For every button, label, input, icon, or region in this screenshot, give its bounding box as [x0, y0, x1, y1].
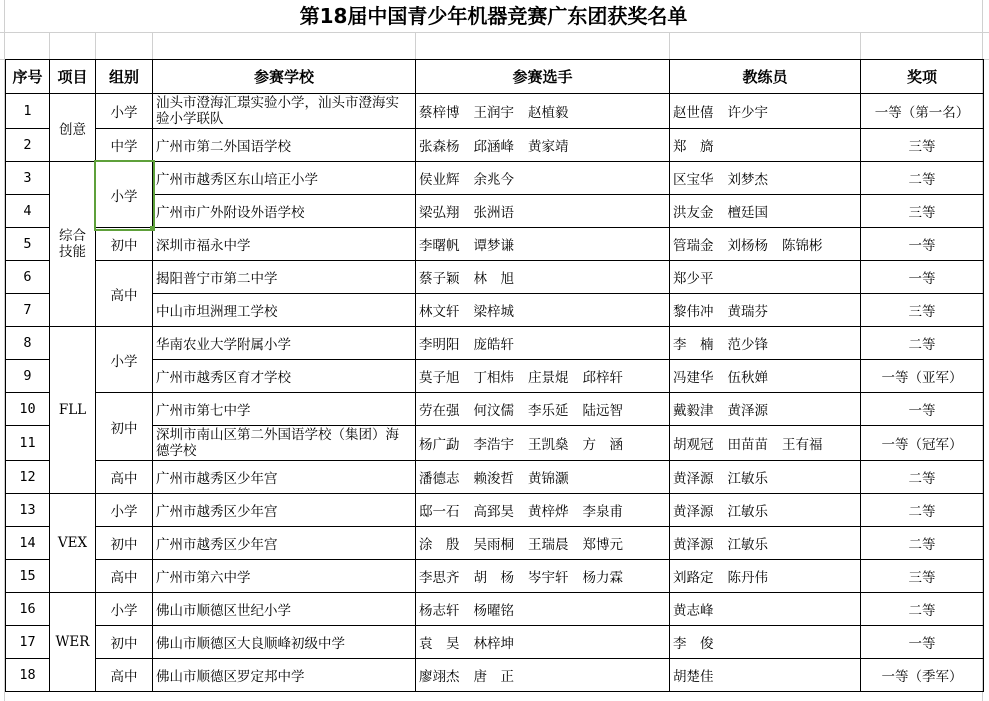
coach-name: 李 楠 [673, 333, 714, 353]
cell-project[interactable]: 综合技能 [50, 162, 96, 327]
coach-name: 陈丹伟 [728, 566, 769, 586]
cell-coaches[interactable]: 黎伟冲黄瑞芬 [670, 294, 861, 327]
cell-players[interactable]: 李明阳庞皓轩 [416, 327, 670, 360]
cell-group[interactable]: 小学 [96, 593, 153, 626]
coach-name: 赵世僖 [673, 101, 714, 121]
cell-players[interactable]: 李思齐胡 杨岑宇轩杨力霖 [416, 560, 670, 593]
player-name: 李曙帆 [419, 234, 460, 254]
cell-award[interactable]: 一等 [861, 261, 984, 294]
cell-players[interactable]: 邸一石高郅昊黄梓烨李泉甫 [416, 494, 670, 527]
player-name: 黄梓烨 [528, 500, 569, 520]
player-name: 劳在强 [419, 399, 460, 419]
player-name: 杨力霖 [583, 566, 624, 586]
coach-name: 区宝华 [673, 168, 714, 188]
cell-school[interactable]: 深圳市福永中学 [153, 228, 416, 261]
player-name: 谭梦谦 [474, 234, 515, 254]
table-row: 11深圳市南山区第二外国语学校（集团）海德学校杨广勐李浩宇王凯燊方 涵胡观冠田苗… [6, 426, 984, 461]
gridline [669, 32, 670, 59]
cell-players[interactable]: 蔡梓博王润宇赵植毅 [416, 94, 670, 129]
player-name: 邸一石 [419, 500, 460, 520]
player-name: 庄景焜 [528, 366, 569, 386]
player-name: 赵植毅 [528, 101, 569, 121]
coach-name: 黄泽源 [673, 467, 714, 487]
player-name: 李泉甫 [583, 500, 624, 520]
cell-no[interactable]: 10 [6, 393, 50, 426]
player-name: 王润宇 [474, 101, 515, 121]
player-name: 杨志轩 [419, 599, 460, 619]
coach-name: 江敏乐 [728, 467, 769, 487]
cell-group[interactable]: 初中 [96, 527, 153, 560]
cell-project[interactable]: 创意 [50, 94, 96, 162]
cell-award[interactable]: 二等 [861, 593, 984, 626]
header-no[interactable]: 序号 [6, 60, 50, 94]
gridline [152, 32, 153, 59]
table-row: 4广州市广外附设外语学校梁弘翔张洲语洪友金檀廷国三等 [6, 195, 984, 228]
cell-group[interactable]: 小学 [96, 494, 153, 527]
cell-award[interactable]: 三等 [861, 294, 984, 327]
cell-award[interactable]: 一等（冠军） [861, 426, 984, 461]
player-name: 涂 殷 [419, 533, 460, 553]
coach-name: 郑少平 [673, 267, 714, 287]
cell-no[interactable]: 9 [6, 360, 50, 393]
player-name: 蔡子颖 [419, 267, 460, 287]
header-players[interactable]: 参赛选手 [416, 60, 670, 94]
table-row: 6高中揭阳普宁市第二中学蔡子颖林 旭郑少平一等 [6, 261, 984, 294]
player-name: 邱梓轩 [583, 366, 624, 386]
player-name: 庞皓轩 [474, 333, 515, 353]
table-row: 2中学广州市第二外国语学校张森杨邱涵峰黄家靖郑 旖三等 [6, 129, 984, 162]
header-school[interactable]: 参赛学校 [153, 60, 416, 94]
cell-no[interactable]: 8 [6, 327, 50, 360]
cell-school[interactable]: 佛山市顺德区大良顺峰初级中学 [153, 626, 416, 659]
cell-group[interactable]: 高中 [96, 461, 153, 494]
cell-coaches[interactable]: 李 楠范少锋 [670, 327, 861, 360]
coach-name: 冯建华 [673, 366, 714, 386]
table-row: 10初中广州市第七中学劳在强何汶儒李乐延陆远智戴毅津黄泽源一等 [6, 393, 984, 426]
cell-coaches[interactable]: 郑 旖 [670, 129, 861, 162]
player-name: 郑博元 [583, 533, 624, 553]
player-name: 林文轩 [419, 300, 460, 320]
cell-no[interactable]: 14 [6, 527, 50, 560]
player-name: 赖浚哲 [474, 467, 515, 487]
cell-group[interactable]: 中学 [96, 129, 153, 162]
coach-name: 江敏乐 [728, 500, 769, 520]
cell-coaches[interactable]: 冯建华伍秋婵 [670, 360, 861, 393]
table-row: 5初中深圳市福永中学李曙帆谭梦谦管瑞金刘杨杨陈锦彬一等 [6, 228, 984, 261]
cell-school[interactable]: 佛山市顺德区罗定邦中学 [153, 659, 416, 692]
cell-group[interactable]: 初中 [96, 393, 153, 461]
player-name: 王凯燊 [528, 433, 569, 453]
cell-coaches[interactable]: 胡楚佳 [670, 659, 861, 692]
cell-players[interactable]: 涂 殷吴雨桐王瑞晨郑博元 [416, 527, 670, 560]
coach-name: 伍秋婵 [728, 366, 769, 386]
cell-no[interactable]: 6 [6, 261, 50, 294]
player-name: 杨广勐 [419, 433, 460, 453]
cell-players[interactable]: 张森杨邱涵峰黄家靖 [416, 129, 670, 162]
coach-name: 胡楚佳 [673, 665, 714, 685]
cell-no[interactable]: 4 [6, 195, 50, 228]
player-name: 方 涵 [583, 433, 624, 453]
table-row: 16WER小学佛山市顺德区世纪小学杨志轩杨曜铭黄志峰二等 [6, 593, 984, 626]
cell-project[interactable]: FLL [50, 327, 96, 494]
cell-award[interactable]: 一等 [861, 626, 984, 659]
cell-award[interactable]: 二等 [861, 494, 984, 527]
cell-award[interactable]: 二等 [861, 327, 984, 360]
cell-no[interactable]: 18 [6, 659, 50, 692]
header-group[interactable]: 组别 [96, 60, 153, 94]
coach-name: 刘杨杨 [728, 234, 769, 254]
cell-players[interactable]: 梁弘翔张洲语 [416, 195, 670, 228]
cell-award[interactable]: 一等 [861, 228, 984, 261]
coach-name: 黄瑞芬 [728, 300, 769, 320]
header-row: 序号 项目 组别 参赛学校 参赛选手 教练员 奖项 [6, 60, 984, 94]
cell-school[interactable]: 华南农业大学附属小学 [153, 327, 416, 360]
coach-name: 黄泽源 [728, 399, 769, 419]
cell-group[interactable]: 小学 [96, 327, 153, 393]
coach-name: 陈锦彬 [782, 234, 823, 254]
player-name: 廖翊杰 [419, 665, 460, 685]
table-row: 15高中广州市第六中学李思齐胡 杨岑宇轩杨力霖刘路定陈丹伟三等 [6, 560, 984, 593]
cell-coaches[interactable]: 黄泽源江敏乐 [670, 461, 861, 494]
player-name: 胡 杨 [474, 566, 515, 586]
cell-no[interactable]: 17 [6, 626, 50, 659]
coach-name: 郑 旖 [673, 135, 714, 155]
header-award[interactable]: 奖项 [861, 60, 984, 94]
cell-award[interactable]: 一等（亚军） [861, 360, 984, 393]
table-row: 3综合技能小学广州市越秀区东山培正小学侯业辉余兆今区宝华刘梦杰二等 [6, 162, 984, 195]
player-name: 李浩宇 [474, 433, 515, 453]
cell-coaches[interactable]: 洪友金檀廷国 [670, 195, 861, 228]
cell-group[interactable]: 高中 [96, 560, 153, 593]
cell-players[interactable]: 劳在强何汶儒李乐延陆远智 [416, 393, 670, 426]
cell-award[interactable]: 三等 [861, 195, 984, 228]
cell-school[interactable]: 深圳市南山区第二外国语学校（集团）海德学校 [153, 426, 416, 461]
player-name: 杨曜铭 [474, 599, 515, 619]
coach-name: 管瑞金 [673, 234, 714, 254]
cell-coaches[interactable]: 黄泽源江敏乐 [670, 527, 861, 560]
coach-name: 刘路定 [673, 566, 714, 586]
cell-award[interactable]: 三等 [861, 129, 984, 162]
cell-coaches[interactable]: 戴毅津黄泽源 [670, 393, 861, 426]
cell-no[interactable]: 3 [6, 162, 50, 195]
cell-no[interactable]: 15 [6, 560, 50, 593]
cell-players[interactable]: 潘德志赖浚哲黄锦灏 [416, 461, 670, 494]
player-name: 吴雨桐 [474, 533, 515, 553]
cell-group[interactable]: 小学 [96, 162, 153, 228]
coach-name: 黄泽源 [673, 533, 714, 553]
cell-no[interactable]: 2 [6, 129, 50, 162]
player-name: 林 旭 [474, 267, 515, 287]
gridline [860, 32, 861, 59]
cell-players[interactable]: 杨志轩杨曜铭 [416, 593, 670, 626]
cell-coaches[interactable]: 管瑞金刘杨杨陈锦彬 [670, 228, 861, 261]
player-name: 张森杨 [419, 135, 460, 155]
player-name: 梁弘翔 [419, 201, 460, 221]
cell-group[interactable]: 初中 [96, 228, 153, 261]
coach-name: 江敏乐 [728, 533, 769, 553]
coach-name: 王有福 [782, 433, 823, 453]
cell-award[interactable]: 一等（季军） [861, 659, 984, 692]
cell-players[interactable]: 杨广勐李浩宇王凯燊方 涵 [416, 426, 670, 461]
player-name: 林梓坤 [474, 632, 515, 652]
cell-no[interactable]: 16 [6, 593, 50, 626]
player-name: 李乐延 [528, 399, 569, 419]
cell-no[interactable]: 7 [6, 294, 50, 327]
page-title: 第18届中国青少年机器竞赛广东团获奖名单 [5, 0, 982, 32]
cell-no[interactable]: 11 [6, 426, 50, 461]
cell-coaches[interactable]: 区宝华刘梦杰 [670, 162, 861, 195]
player-name: 蔡梓博 [419, 101, 460, 121]
cell-group[interactable]: 高中 [96, 261, 153, 327]
cell-coaches[interactable]: 黄志峰 [670, 593, 861, 626]
cell-no[interactable]: 1 [6, 94, 50, 129]
cell-coaches[interactable]: 郑少平 [670, 261, 861, 294]
table-row: 14初中广州市越秀区少年宫涂 殷吴雨桐王瑞晨郑博元黄泽源江敏乐二等 [6, 527, 984, 560]
cell-no[interactable]: 5 [6, 228, 50, 261]
cell-players[interactable]: 莫子旭丁相炜庄景焜邱梓轩 [416, 360, 670, 393]
cell-school[interactable]: 广州市越秀区少年宫 [153, 527, 416, 560]
coach-name: 黄泽源 [673, 500, 714, 520]
cell-award[interactable]: 二等 [861, 527, 984, 560]
cell-school[interactable]: 佛山市顺德区世纪小学 [153, 593, 416, 626]
cell-project[interactable]: VEX [50, 494, 96, 593]
table-row: 7中山市坦洲理工学校林文轩梁梓城黎伟冲黄瑞芬三等 [6, 294, 984, 327]
coach-name: 许少宇 [728, 101, 769, 121]
table-row: 9广州市越秀区育才学校莫子旭丁相炜庄景焜邱梓轩冯建华伍秋婵一等（亚军） [6, 360, 984, 393]
cell-school[interactable]: 广州市越秀区少年宫 [153, 461, 416, 494]
cell-school[interactable]: 广州市越秀区东山培正小学 [153, 162, 416, 195]
table-row: 17初中佛山市顺德区大良顺峰初级中学袁 昊林梓坤李 俊一等 [6, 626, 984, 659]
coach-name: 田苗苗 [728, 433, 769, 453]
player-name: 余兆今 [474, 168, 515, 188]
cell-school[interactable]: 中山市坦洲理工学校 [153, 294, 416, 327]
cell-players[interactable]: 侯业辉余兆今 [416, 162, 670, 195]
player-name: 唐 正 [474, 665, 515, 685]
cell-school[interactable]: 广州市第二外国语学校 [153, 129, 416, 162]
player-name: 莫子旭 [419, 366, 460, 386]
player-name: 侯业辉 [419, 168, 460, 188]
cell-award[interactable]: 一等 [861, 393, 984, 426]
cell-players[interactable]: 廖翊杰唐 正 [416, 659, 670, 692]
cell-coaches[interactable]: 胡观冠田苗苗王有福 [670, 426, 861, 461]
table-row: 1创意小学汕头市澄海汇璟实验小学，汕头市澄海实验小学联队蔡梓博王润宇赵植毅赵世僖… [6, 94, 984, 129]
player-name: 梁梓城 [474, 300, 515, 320]
cell-players[interactable]: 蔡子颖林 旭 [416, 261, 670, 294]
cell-group[interactable]: 初中 [96, 626, 153, 659]
cell-players[interactable]: 林文轩梁梓城 [416, 294, 670, 327]
player-name: 高郅昊 [474, 500, 515, 520]
cell-school[interactable]: 揭阳普宁市第二中学 [153, 261, 416, 294]
cell-school[interactable]: 广州市第七中学 [153, 393, 416, 426]
cell-award[interactable]: 二等 [861, 162, 984, 195]
player-name: 李明阳 [419, 333, 460, 353]
table-row: 8FLL小学华南农业大学附属小学李明阳庞皓轩李 楠范少锋二等 [6, 327, 984, 360]
table-row: 12高中广州市越秀区少年宫潘德志赖浚哲黄锦灏黄泽源江敏乐二等 [6, 461, 984, 494]
gridline [95, 32, 96, 59]
player-name: 何汶儒 [474, 399, 515, 419]
cell-players[interactable]: 袁 昊林梓坤 [416, 626, 670, 659]
coach-name: 范少锋 [728, 333, 769, 353]
coach-name: 洪友金 [673, 201, 714, 221]
cell-school[interactable]: 广州市越秀区育才学校 [153, 360, 416, 393]
coach-name: 檀廷国 [728, 201, 769, 221]
player-name: 张洲语 [474, 201, 515, 221]
gridline [0, 32, 989, 33]
table-row: 13VEX小学广州市越秀区少年宫邸一石高郅昊黄梓烨李泉甫黄泽源江敏乐二等 [6, 494, 984, 527]
cell-coaches[interactable]: 赵世僖许少宇 [670, 94, 861, 129]
cell-school[interactable]: 广州市越秀区少年宫 [153, 494, 416, 527]
player-name: 岑宇轩 [528, 566, 569, 586]
coach-name: 胡观冠 [673, 433, 714, 453]
cell-coaches[interactable]: 黄泽源江敏乐 [670, 494, 861, 527]
player-name: 黄锦灏 [528, 467, 569, 487]
fill-handle[interactable] [150, 226, 155, 231]
player-name: 陆远智 [583, 399, 624, 419]
player-name: 潘德志 [419, 467, 460, 487]
cell-group[interactable]: 高中 [96, 659, 153, 692]
cell-award[interactable]: 二等 [861, 461, 984, 494]
cell-coaches[interactable]: 刘路定陈丹伟 [670, 560, 861, 593]
player-name: 邱涵峰 [474, 135, 515, 155]
player-name: 丁相炜 [474, 366, 515, 386]
gridline [415, 32, 416, 59]
header-project[interactable]: 项目 [50, 60, 96, 94]
cell-school[interactable]: 广州市第六中学 [153, 560, 416, 593]
player-name: 王瑞晨 [528, 533, 569, 553]
cell-no[interactable]: 12 [6, 461, 50, 494]
coach-name: 黎伟冲 [673, 300, 714, 320]
cell-award[interactable]: 三等 [861, 560, 984, 593]
award-table: 序号 项目 组别 参赛学校 参赛选手 教练员 奖项 1创意小学汕头市澄海汇璟实验… [5, 59, 984, 692]
header-coaches[interactable]: 教练员 [670, 60, 861, 94]
table-row: 18高中佛山市顺德区罗定邦中学廖翊杰唐 正胡楚佳一等（季军） [6, 659, 984, 692]
cell-group[interactable]: 小学 [96, 94, 153, 129]
cell-award[interactable]: 一等（第一名） [861, 94, 984, 129]
coach-name: 黄志峰 [673, 599, 714, 619]
cell-school[interactable]: 广州市广外附设外语学校 [153, 195, 416, 228]
cell-school[interactable]: 汕头市澄海汇璟实验小学，汕头市澄海实验小学联队 [153, 94, 416, 129]
coach-name: 刘梦杰 [728, 168, 769, 188]
cell-project[interactable]: WER [50, 593, 96, 692]
player-name: 袁 昊 [419, 632, 460, 652]
cell-coaches[interactable]: 李 俊 [670, 626, 861, 659]
player-name: 李思齐 [419, 566, 460, 586]
coach-name: 李 俊 [673, 632, 714, 652]
cell-players[interactable]: 李曙帆谭梦谦 [416, 228, 670, 261]
gridline [49, 32, 50, 59]
cell-no[interactable]: 13 [6, 494, 50, 527]
player-name: 黄家靖 [528, 135, 569, 155]
coach-name: 戴毅津 [673, 399, 714, 419]
